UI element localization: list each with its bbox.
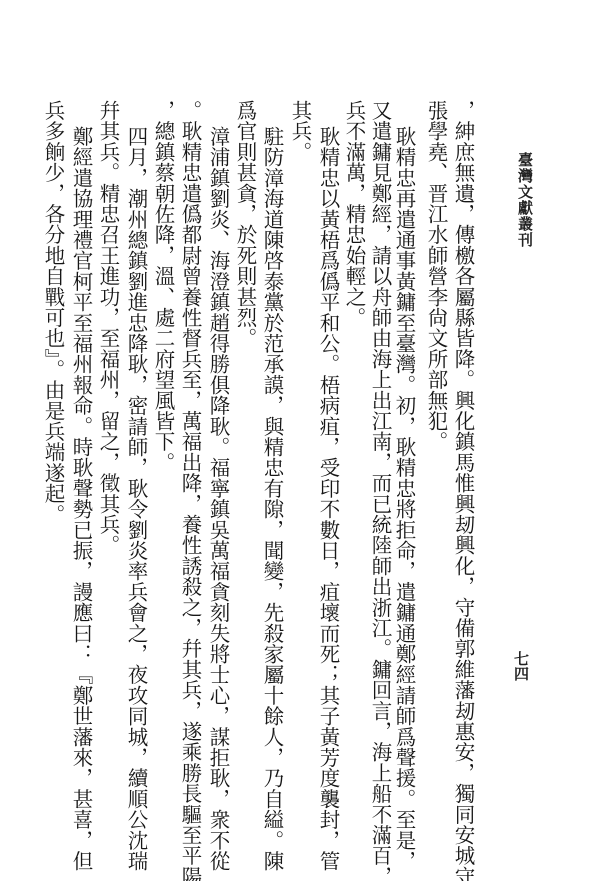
text-column: 漳浦鎮劉炎、海澄鎮趙得勝俱降耿。福寧鎮吳萬福貪刻失將士心，謀拒耿，衆不從	[205, 126, 231, 871]
text-column: 兵不滿萬，精忠始輕之。	[341, 100, 367, 328]
running-head-series-title: 臺灣文獻叢刊	[516, 152, 534, 248]
text-column: 其兵。	[287, 100, 313, 162]
text-column: ，紳庶無遺，傳檄各屬縣皆降。興化鎮馬惟興刼興化，守備郭維藩刼惠安，獨同安城守	[450, 100, 476, 881]
text-column: 四月，潮州總鎮劉進忠降耿，密請師，耿令劉炎率兵會之，夜攻同城，續順公沈瑞	[123, 126, 149, 871]
text-column: 幷其兵。精忠召王進功，至福州，留之，徵其兵。	[95, 100, 121, 555]
text-column: 張學堯、晋江水師營李尙文所部無犯。	[423, 100, 449, 452]
text-column: 。耿精忠遣僞都尉曾養性督兵至，萬福出降，養性誘殺之，幷其兵，遂乘勝長驅至平陽	[177, 100, 203, 881]
text-column: 耿精忠再遣通事黃鏞至臺灣。初，耿精忠將拒命，遣鏞通鄭經請師爲聲援。至是，	[391, 126, 417, 871]
text-column: 又遣鏞見鄭經，請以舟師由海上出江南，而已統陸師出浙江。鏞回言，海上船不滿百，	[367, 100, 393, 881]
text-column: 耿精忠以黃梧爲僞平和公。梧病疽，受印不數日，疽壞而死；其子黃芳度襲封，管	[315, 126, 341, 871]
text-column: ，總鎮蔡朝佐降，溫、處二府望風皆下。	[150, 100, 176, 473]
text-column: 鄭經遣協理禮官柯平至福州報命。時耿聲勢已振，謾應曰：『鄭世藩來，甚喜，但	[68, 126, 94, 871]
book-page: 臺灣文獻叢刊 七四 ，紳庶無遺，傳檄各屬縣皆降。興化鎮馬惟興刼興化，守備郭維藩刼…	[0, 0, 600, 881]
text-column: 駐防漳海道陳啓泰黨於范承謨，與精忠有隙，聞變，先殺家屬十餘人，乃自縊。陳	[259, 126, 285, 871]
page-number: 七四	[512, 651, 530, 681]
text-column: 爲官則甚貪，於死則甚烈。	[232, 100, 258, 348]
text-column: 兵多餉少，各分地自戰可也』。由是兵端遂起。	[40, 100, 66, 524]
